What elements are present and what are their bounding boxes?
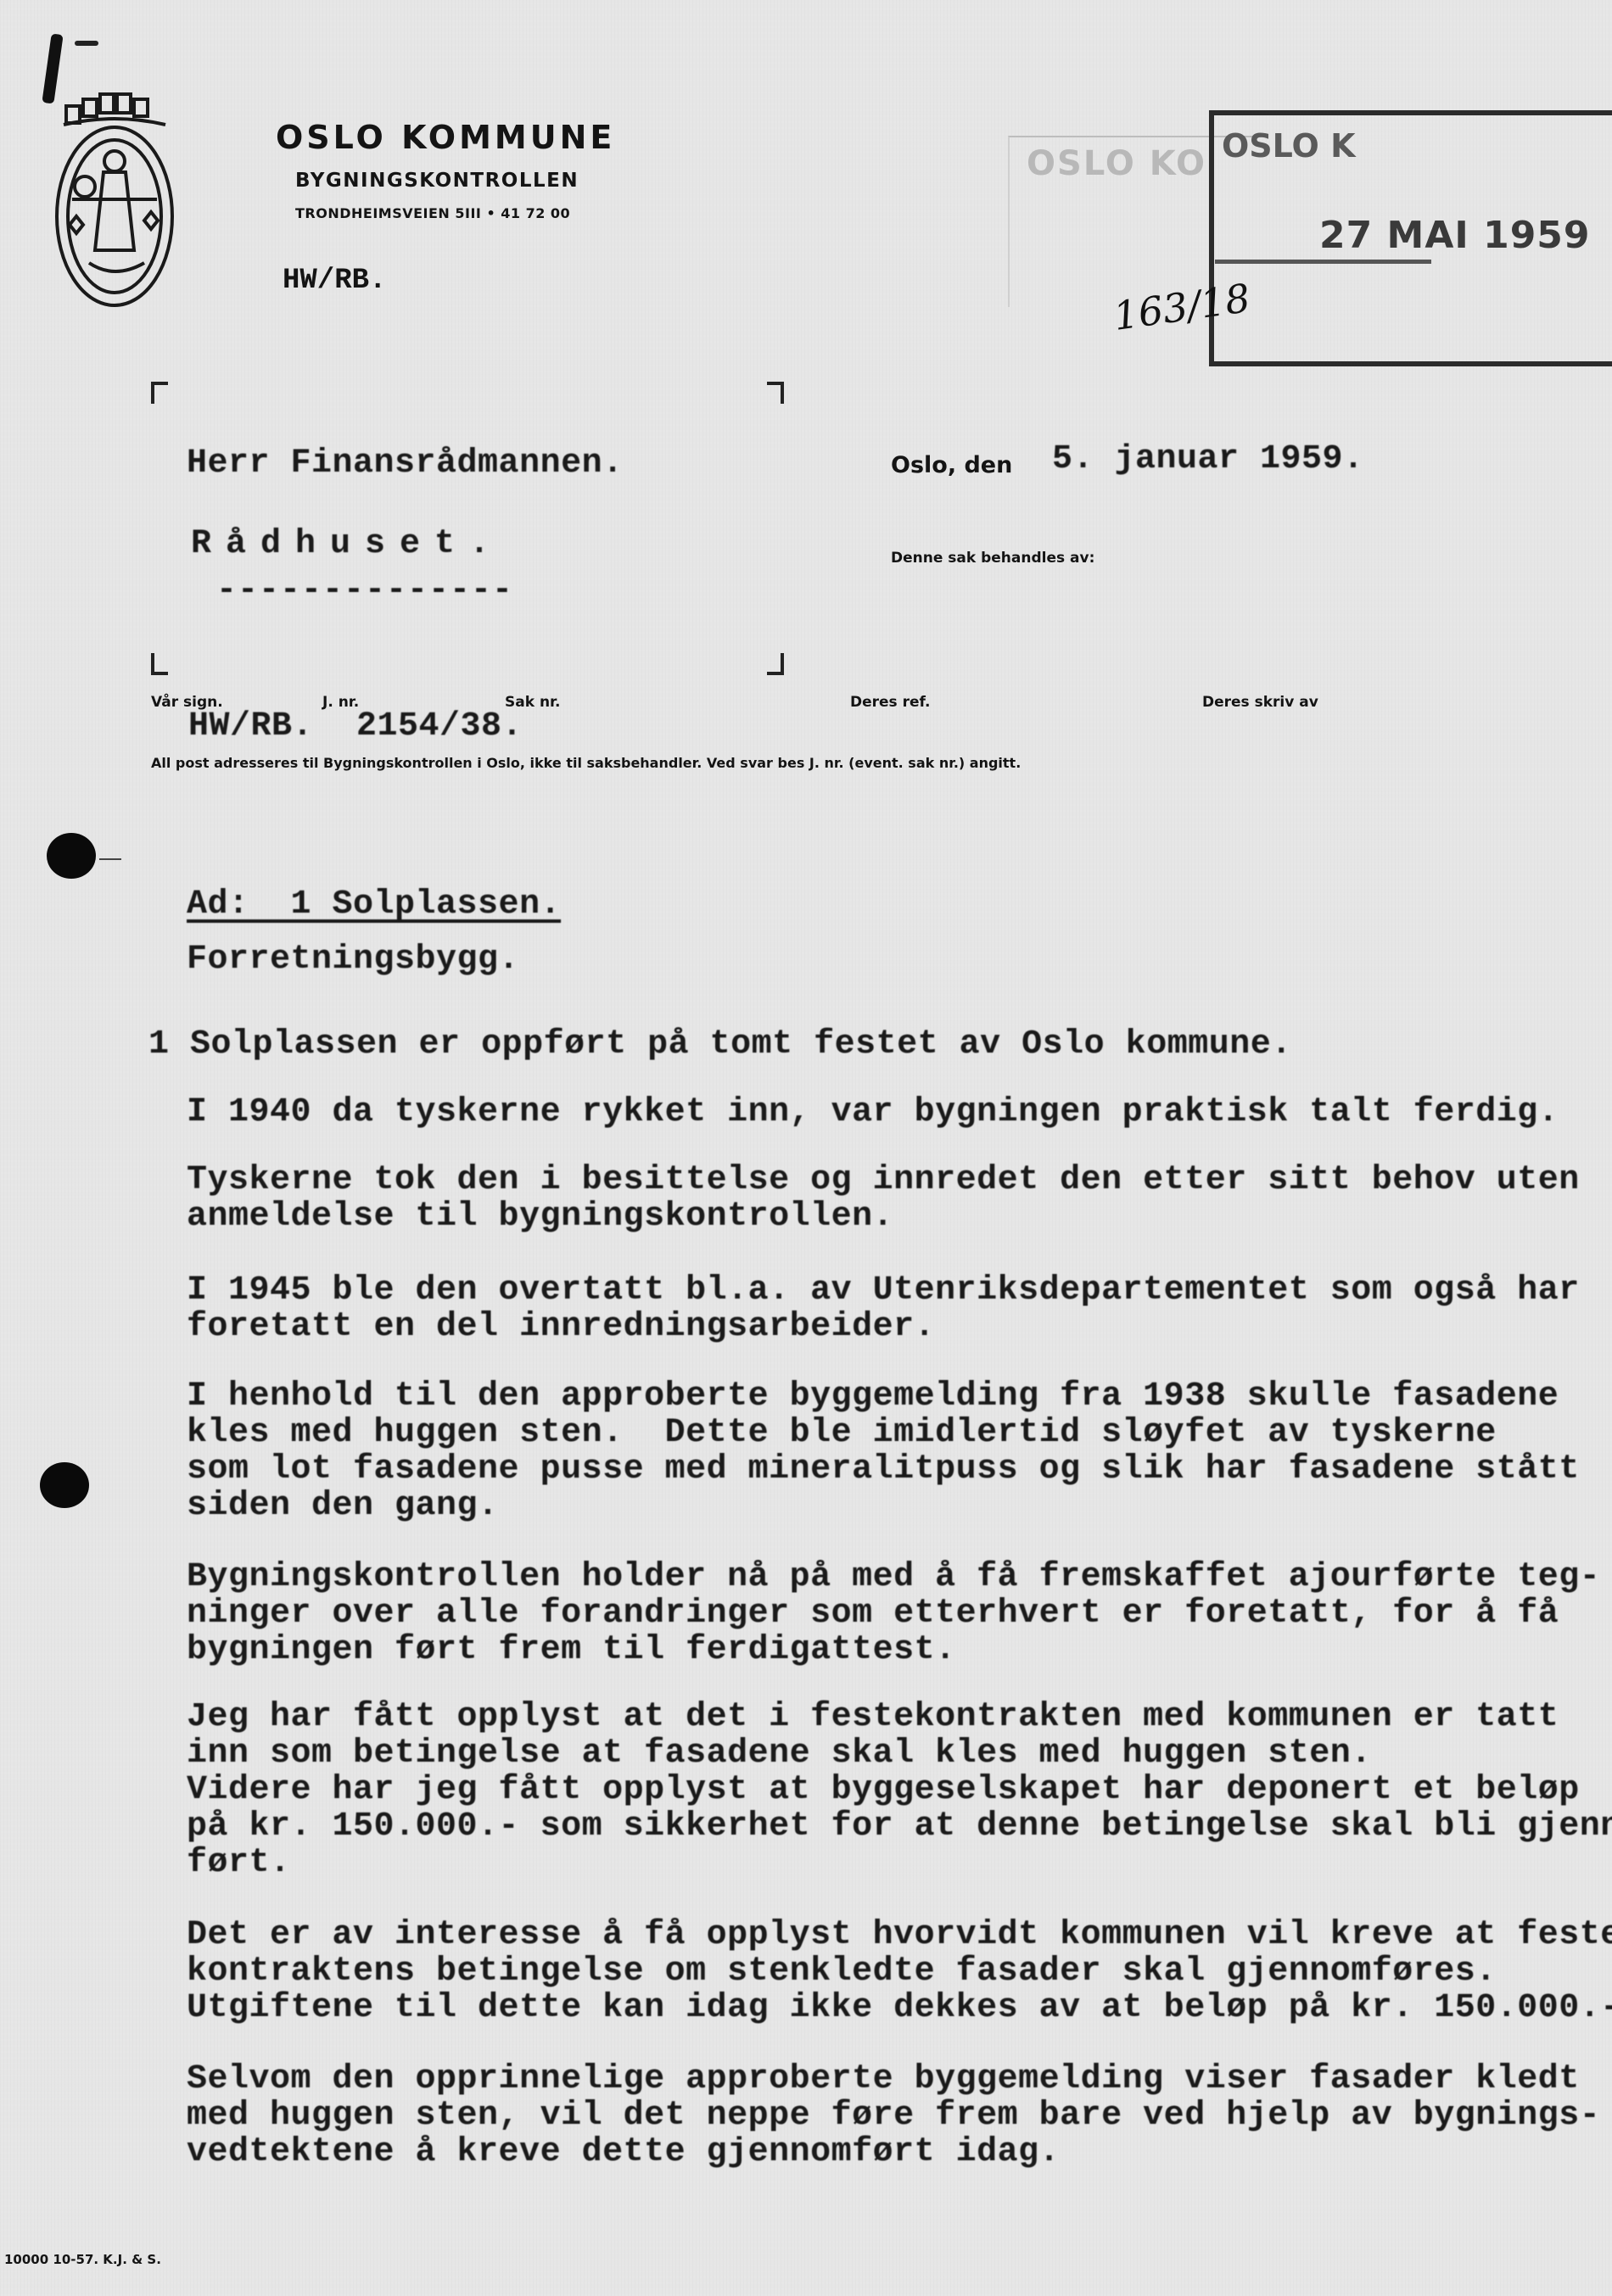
faded-stamp-text: OSLO KO: [1027, 144, 1206, 183]
body-paragraph: Det er av interesse å få opplyst hvorvid…: [187, 1917, 1612, 2026]
body-paragraph: I 1945 ble den overtatt bl.a. av Utenrik…: [187, 1272, 1580, 1345]
org-name: OSLO KOMMUNE: [276, 119, 615, 156]
address-corner-mark: [767, 653, 784, 675]
received-stamp-date: 27 MAI 1959: [1319, 214, 1591, 257]
address-corner-mark: [151, 653, 168, 675]
received-stamp-header: OSLO K: [1222, 127, 1356, 165]
body-paragraph: Bygningskontrollen holder nå på med å få…: [187, 1559, 1600, 1668]
recipient-name: Herr Finansrådmannen.: [187, 445, 624, 482]
letter-date: 5. januar 1959.: [1052, 441, 1364, 478]
ref-value-var-sign: HW/RB.: [188, 708, 313, 745]
date-label: Oslo, den: [891, 452, 1012, 478]
recipient-underline: --------------: [216, 573, 513, 609]
address-corner-mark: [151, 382, 168, 404]
org-department: BYGNINGSKONTROLLEN: [295, 170, 579, 192]
recipient-place: Rådhuset.: [191, 526, 504, 562]
postal-notice: All post adresseres til Bygningskontroll…: [151, 755, 1021, 771]
address-corner-mark: [767, 382, 784, 404]
ref-value-j-nr: 2154/38.: [356, 708, 523, 745]
print-code: 10000 10-57. K.J. & S.: [4, 2252, 161, 2267]
body-paragraph: Tyskerne tok den i besittelse og innrede…: [187, 1162, 1580, 1235]
ref-label-j-nr: J. nr.: [322, 694, 359, 711]
org-address: TRONDHEIMSVEIEN 5III • 41 72 00: [295, 205, 570, 221]
body-paragraph: I 1940 da tyskerne rykket inn, var bygni…: [187, 1094, 1559, 1131]
oslo-city-seal-icon: [51, 81, 178, 318]
body-paragraph: Jeg har fått opplyst at det i festekontr…: [187, 1699, 1612, 1881]
punch-hole: [47, 833, 96, 879]
stamp-divider: [1215, 260, 1431, 264]
ref-label-deres-skriv: Deres skriv av: [1202, 694, 1318, 711]
subject-subtitle: Forretningsbygg.: [187, 941, 519, 978]
subject-line: Ad: 1 Solplassen.: [187, 886, 561, 923]
body-paragraph: Selvom den opprinnelige approberte bygge…: [187, 2061, 1600, 2170]
punch-hole: [40, 1462, 89, 1508]
center-mark: [99, 858, 121, 860]
margin-ink-mark: [75, 41, 98, 46]
body-paragraph: 1 Solplassen er oppført på tomt festet a…: [148, 1026, 1292, 1063]
handled-by-label: Denne sak behandles av:: [891, 550, 1094, 567]
top-signature: HW/RB.: [283, 265, 386, 297]
body-paragraph: I henhold til den approberte byggemeldin…: [187, 1378, 1580, 1524]
ref-label-deres-ref: Deres ref.: [850, 694, 930, 711]
